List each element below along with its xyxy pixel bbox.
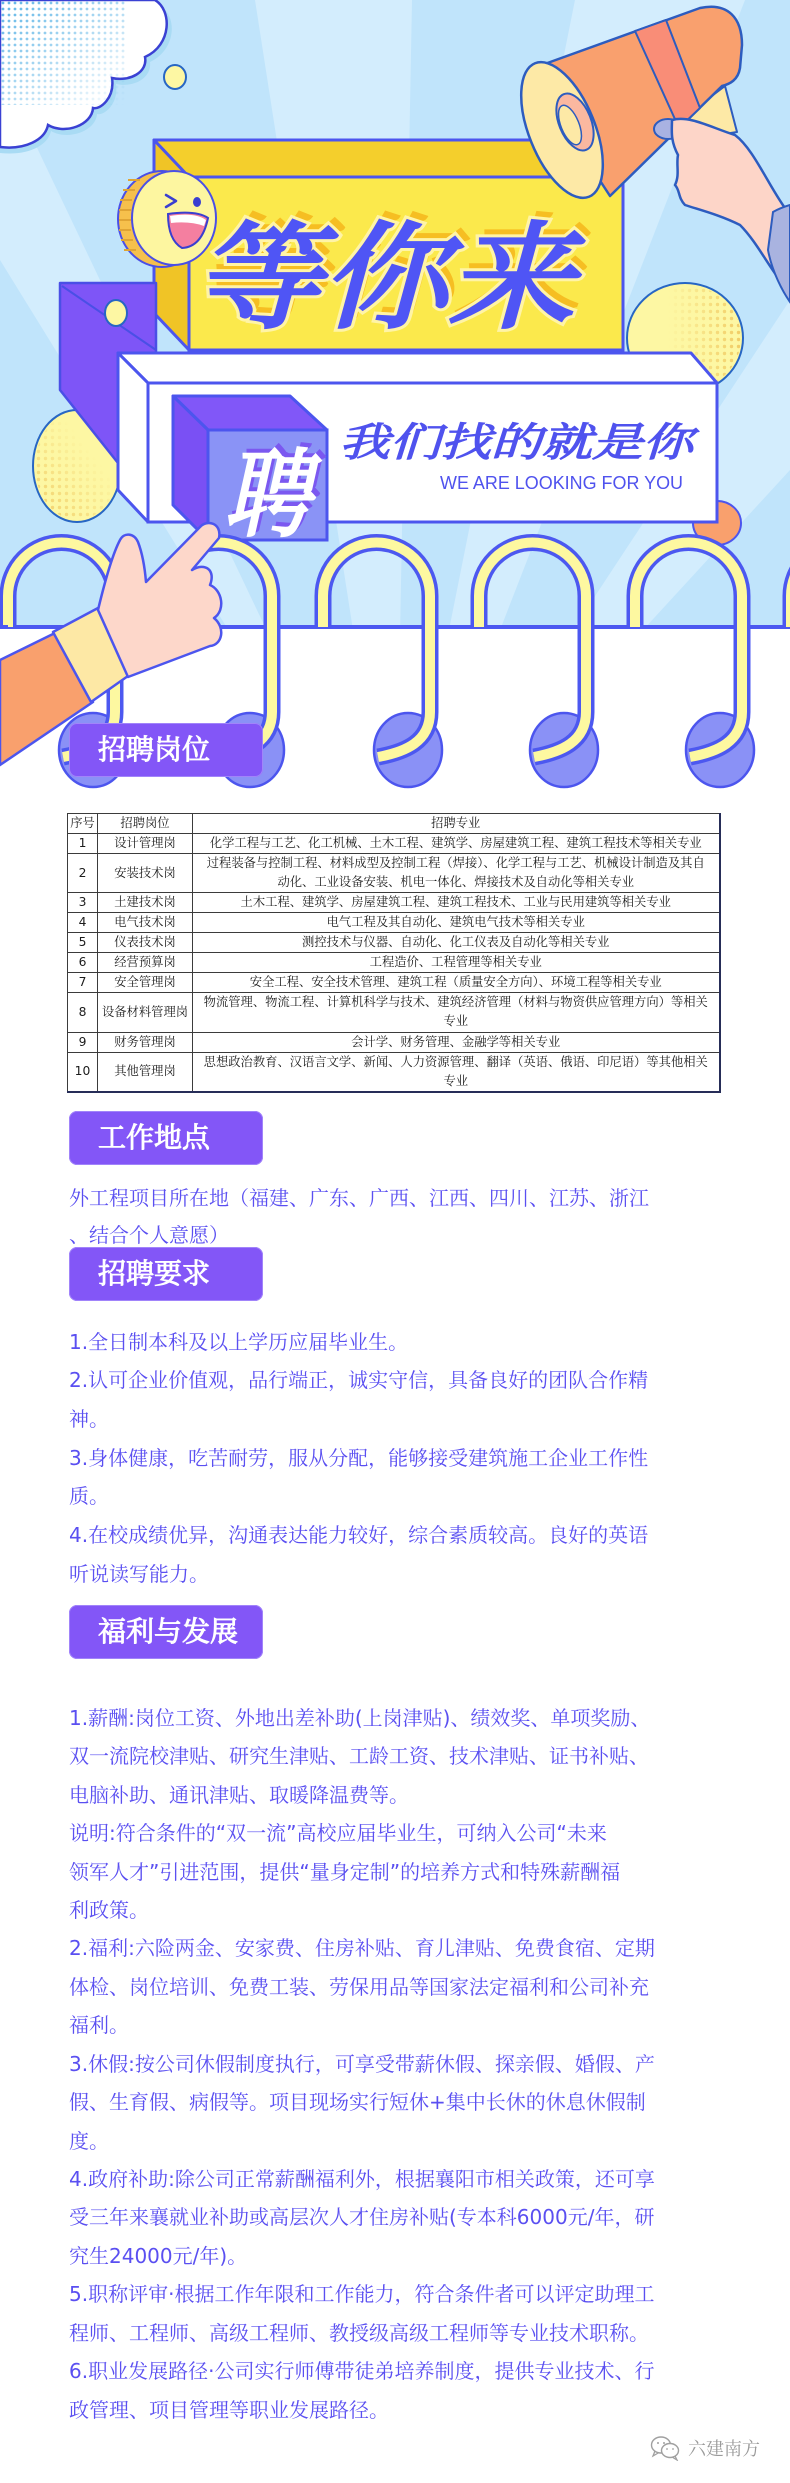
requirement-line: 4.在校成绩优异，沟通表达能力较好，综合素质较高。良好的英语 <box>69 1516 648 1555</box>
benefit-item: 3.休假:按公司休假制度执行，可享受带薪休假、探亲假、婚假、产 假、生育假、病假… <box>69 2045 655 2160</box>
requirement-line: 2.认可企业价值观，品行端正，诚实守信，具备良好的团队合作精 <box>69 1361 648 1400</box>
benefit-line: 究生24000元/年)。 <box>69 2237 655 2275</box>
slogan-english: WE ARE LOOKING FOR YOU <box>440 473 683 493</box>
requirement-line: 神。 <box>69 1400 648 1439</box>
benefit-line: 领军人才”引进范围，提供“量身定制”的培养方式和特殊薪酬福 <box>69 1853 655 1891</box>
benefit-line: 体检、岗位培训、免费工装、劳保用品等国家法定福利和公司补充 <box>69 1968 655 2006</box>
table-row: 3 土建技术岗 土木工程、建筑学、房屋建筑工程、建筑工程技术、工业与民用建筑等相… <box>68 893 720 913</box>
cell-no: 6 <box>68 953 98 973</box>
location-line: 外工程项目所在地（福建、广东、广西、江西、四川、江苏、浙江 <box>69 1180 649 1217</box>
benefit-line: 假、生育假、病假等。项目现场实行短休+集中长休的休息休假制 <box>69 2083 655 2121</box>
requirement-item: 2.认可企业价值观，品行端正，诚实守信，具备良好的团队合作精 神。 <box>69 1361 648 1438</box>
table-row: 1 设计管理岗 化学工程与工艺、化工机械、土木工程、建筑学、房屋建筑工程、建筑工… <box>68 834 720 854</box>
watermark-text: 六建南方 <box>688 2435 760 2461</box>
requirement-line: 1.全日制本科及以上学历应届毕业生。 <box>69 1323 648 1362</box>
benefit-line: 双一流院校津贴、研究生津贴、工龄工资、技术津贴、证书补贴、 <box>69 1737 655 1775</box>
cell-majors: 思想政治教育、汉语言文学、新闻、人力资源管理、翻译（英语、俄语、印尼语）等其他相… <box>193 1052 720 1092</box>
cell-no: 8 <box>68 993 98 1032</box>
benefit-line: 3.休假:按公司休假制度执行，可享受带薪休假、探亲假、婚假、产 <box>69 2045 655 2083</box>
majors-line: 化学工程与工艺、化工机械、土木工程、建筑学、房屋建筑工程、建筑工程技术等相关专业 <box>193 834 719 853</box>
benefit-line: 度。 <box>69 2122 655 2160</box>
benefit-line: 电脑补助、通讯津贴、取暖降温费等。 <box>69 1776 655 1814</box>
benefit-item: 2.福利:六险两金、安家费、住房补贴、育儿津贴、免费食宿、定期 体检、岗位培训、… <box>69 1929 655 2044</box>
table-row: 5 仪表技术岗 测控技术与仪器、自动化、化工仪表及自动化等相关专业 <box>68 933 720 953</box>
majors-line: 安全工程、安全技术管理、建筑工程（质量安全方向）、环境工程等相关专业 <box>193 973 719 992</box>
cell-majors: 安全工程、安全技术管理、建筑工程（质量安全方向）、环境工程等相关专业 <box>193 973 720 993</box>
majors-line: 会计学、财务管理、金融学等相关专业 <box>193 1033 719 1052</box>
cell-majors: 土木工程、建筑学、房屋建筑工程、建筑工程技术、工业与民用建筑等相关专业 <box>193 893 720 913</box>
benefit-line: 6.职业发展路径·公司实行师傅带徒弟培养制度，提供专业技术、行 <box>69 2352 655 2390</box>
cell-position: 设备材料管理岗 <box>98 993 193 1032</box>
benefit-item: 4.政府补助:除公司正常薪酬福利外，根据襄阳市相关政策，还可享 受三年来襄就业补… <box>69 2160 655 2275</box>
cell-majors: 过程装备与控制工程、材料成型及控制工程（焊接）、化学工程与工艺、机械设计制造及其… <box>193 854 720 893</box>
majors-line: 专业 <box>193 1072 719 1091</box>
benefit-line: 4.政府补助:除公司正常薪酬福利外，根据襄阳市相关政策，还可享 <box>69 2160 655 2198</box>
requirement-item: 4.在校成绩优异，沟通表达能力较好，综合素质较高。良好的英语 听说读写能力。 <box>69 1516 648 1593</box>
cell-no: 2 <box>68 854 98 893</box>
benefit-line: 1.薪酬:岗位工资、外地出差补助(上岗津贴)、绩效奖、单项奖励、 <box>69 1699 655 1737</box>
benefit-line: 福利。 <box>69 2006 655 2044</box>
cell-position: 经营预算岗 <box>98 953 193 973</box>
cell-position: 财务管理岗 <box>98 1032 193 1052</box>
cell-majors: 测控技术与仪器、自动化、化工仪表及自动化等相关专业 <box>193 933 720 953</box>
requirements-list: 1.全日制本科及以上学历应届毕业生。 2.认可企业价值观，品行端正，诚实守信，具… <box>69 1323 648 1594</box>
section-heading-location: 工作地点 <box>69 1111 263 1165</box>
majors-line: 过程装备与控制工程、材料成型及控制工程（焊接）、化学工程与工艺、机械设计制造及其… <box>193 854 719 873</box>
section-heading-positions: 招聘岗位 <box>69 723 263 777</box>
table-row: 10 其他管理岗 思想政治教育、汉语言文学、新闻、人力资源管理、翻译（英语、俄语… <box>68 1052 720 1092</box>
table-row: 9 财务管理岗 会计学、财务管理、金融学等相关专业 <box>68 1032 720 1052</box>
wechat-icon <box>650 2435 682 2461</box>
benefit-line: 5.职称评审·根据工作年限和工作能力，符合条件者可以评定助理工 <box>69 2275 655 2313</box>
requirement-line: 质。 <box>69 1477 648 1516</box>
smiley-coin-icon <box>118 171 216 267</box>
benefit-line: 政管理、项目管理等职业发展路径。 <box>69 2391 655 2429</box>
cell-majors: 会计学、财务管理、金融学等相关专业 <box>193 1032 720 1052</box>
majors-line: 测控技术与仪器、自动化、化工仪表及自动化等相关专业 <box>193 933 719 952</box>
cell-no: 7 <box>68 973 98 993</box>
yellow-dot <box>164 65 186 89</box>
benefit-line: 说明:符合条件的“双一流”高校应届毕业生，可纳入公司“未来 <box>69 1814 655 1852</box>
watermark: 六建南方 <box>650 2434 760 2462</box>
majors-line: 动化、工业设备安装、机电一体化、焊接技术及自动化等相关专业 <box>193 873 719 892</box>
requirement-item: 3.身体健康，吃苦耐劳，服从分配，能够接受建筑施工企业工作性 质。 <box>69 1439 648 1516</box>
benefits-list: 1.薪酬:岗位工资、外地出差补助(上岗津贴)、绩效奖、单项奖励、 双一流院校津贴… <box>69 1699 655 2429</box>
cell-no: 4 <box>68 913 98 933</box>
location-text: 外工程项目所在地（福建、广东、广西、江西、四川、江苏、浙江 、结合个人意愿） <box>69 1180 649 1254</box>
benefit-item: 1.薪酬:岗位工资、外地出差补助(上岗津贴)、绩效奖、单项奖励、 双一流院校津贴… <box>69 1699 655 1814</box>
col-header-majors: 招聘专业 <box>193 814 720 834</box>
majors-line: 专业 <box>193 1012 719 1031</box>
positions-table: 序号 招聘岗位 招聘专业 1 设计管理岗 化学工程与工艺、化工机械、土木工程、建… <box>67 813 721 1093</box>
cell-majors: 物流管理、物流工程、计算机科学与技术、建筑经济管理（材料与物资供应管理方向）等相… <box>193 993 720 1032</box>
table-header-row: 序号 招聘岗位 招聘专业 <box>68 814 720 834</box>
table-row: 8 设备材料管理岗 物流管理、物流工程、计算机科学与技术、建筑经济管理（材料与物… <box>68 993 720 1032</box>
cell-position: 仪表技术岗 <box>98 933 193 953</box>
requirement-line: 3.身体健康，吃苦耐劳，服从分配，能够接受建筑施工企业工作性 <box>69 1439 648 1478</box>
table-row: 6 经营预算岗 工程造价、工程管理等相关专业 <box>68 953 720 973</box>
cell-position: 其他管理岗 <box>98 1052 193 1092</box>
benefit-line: 受三年来襄就业补助或高层次人才住房补贴(专本科6000元/年，研 <box>69 2198 655 2236</box>
cell-position: 安装技术岗 <box>98 854 193 893</box>
requirement-line: 听说读写能力。 <box>69 1555 648 1594</box>
cell-no: 1 <box>68 834 98 854</box>
benefit-line: 利政策。 <box>69 1891 655 1929</box>
section-heading-requirements: 招聘要求 <box>69 1247 263 1301</box>
cell-no: 3 <box>68 893 98 913</box>
majors-line: 思想政治教育、汉语言文学、新闻、人力资源管理、翻译（英语、俄语、印尼语）等其他相… <box>193 1053 719 1072</box>
majors-line: 土木工程、建筑学、房屋建筑工程、建筑工程技术、工业与民用建筑等相关专业 <box>193 893 719 912</box>
recruitment-poster: 等你来 等你来 <box>0 0 790 2483</box>
halftone-dots <box>0 0 125 105</box>
cell-majors: 电气工程及其自动化、建筑电气技术等相关专业 <box>193 913 720 933</box>
benefit-line: 程师、工程师、高级工程师、教授级高级工程师等专业技术职称。 <box>69 2314 655 2352</box>
majors-line: 工程造价、工程管理等相关专业 <box>193 953 719 972</box>
benefit-line: 2.福利:六险两金、安家费、住房补贴、育儿津贴、免费食宿、定期 <box>69 1929 655 1967</box>
slogan-text: 我们找的就是你 <box>339 420 701 466</box>
col-header-no: 序号 <box>68 814 98 834</box>
table-row: 2 安装技术岗 过程装备与控制工程、材料成型及控制工程（焊接）、化学工程与工艺、… <box>68 854 720 893</box>
cell-no: 9 <box>68 1032 98 1052</box>
requirement-item: 1.全日制本科及以上学历应届毕业生。 <box>69 1323 648 1362</box>
majors-line: 电气工程及其自动化、建筑电气技术等相关专业 <box>193 913 719 932</box>
cell-position: 电气技术岗 <box>98 913 193 933</box>
benefit-item: 5.职称评审·根据工作年限和工作能力，符合条件者可以评定助理工 程师、工程师、高… <box>69 2275 655 2352</box>
table-row: 7 安全管理岗 安全工程、安全技术管理、建筑工程（质量安全方向）、环境工程等相关… <box>68 973 720 993</box>
cell-position: 设计管理岗 <box>98 834 193 854</box>
col-header-position: 招聘岗位 <box>98 814 193 834</box>
table-row: 4 电气技术岗 电气工程及其自动化、建筑电气技术等相关专业 <box>68 913 720 933</box>
section-heading-benefits: 福利与发展 <box>69 1605 263 1659</box>
benefit-item: 说明:符合条件的“双一流”高校应届毕业生，可纳入公司“未来 领军人才”引进范围，… <box>69 1814 655 1929</box>
cell-no: 10 <box>68 1052 98 1092</box>
cell-majors: 工程造价、工程管理等相关专业 <box>193 953 720 973</box>
hero-title: 等你来 <box>194 211 586 346</box>
hire-cube: 聘 聘 <box>173 396 327 551</box>
cell-no: 5 <box>68 933 98 953</box>
hero-banner: 等你来 等你来 <box>0 0 790 800</box>
cell-position: 土建技术岗 <box>98 893 193 913</box>
majors-line: 物流管理、物流工程、计算机科学与技术、建筑经济管理（材料与物资供应管理方向）等相… <box>193 993 719 1012</box>
hire-char: 聘 <box>224 439 323 551</box>
cell-position: 安全管理岗 <box>98 973 193 993</box>
cell-majors: 化学工程与工艺、化工机械、土木工程、建筑学、房屋建筑工程、建筑工程技术等相关专业 <box>193 834 720 854</box>
benefit-item: 6.职业发展路径·公司实行师傅带徒弟培养制度，提供专业技术、行 政管理、项目管理… <box>69 2352 655 2429</box>
